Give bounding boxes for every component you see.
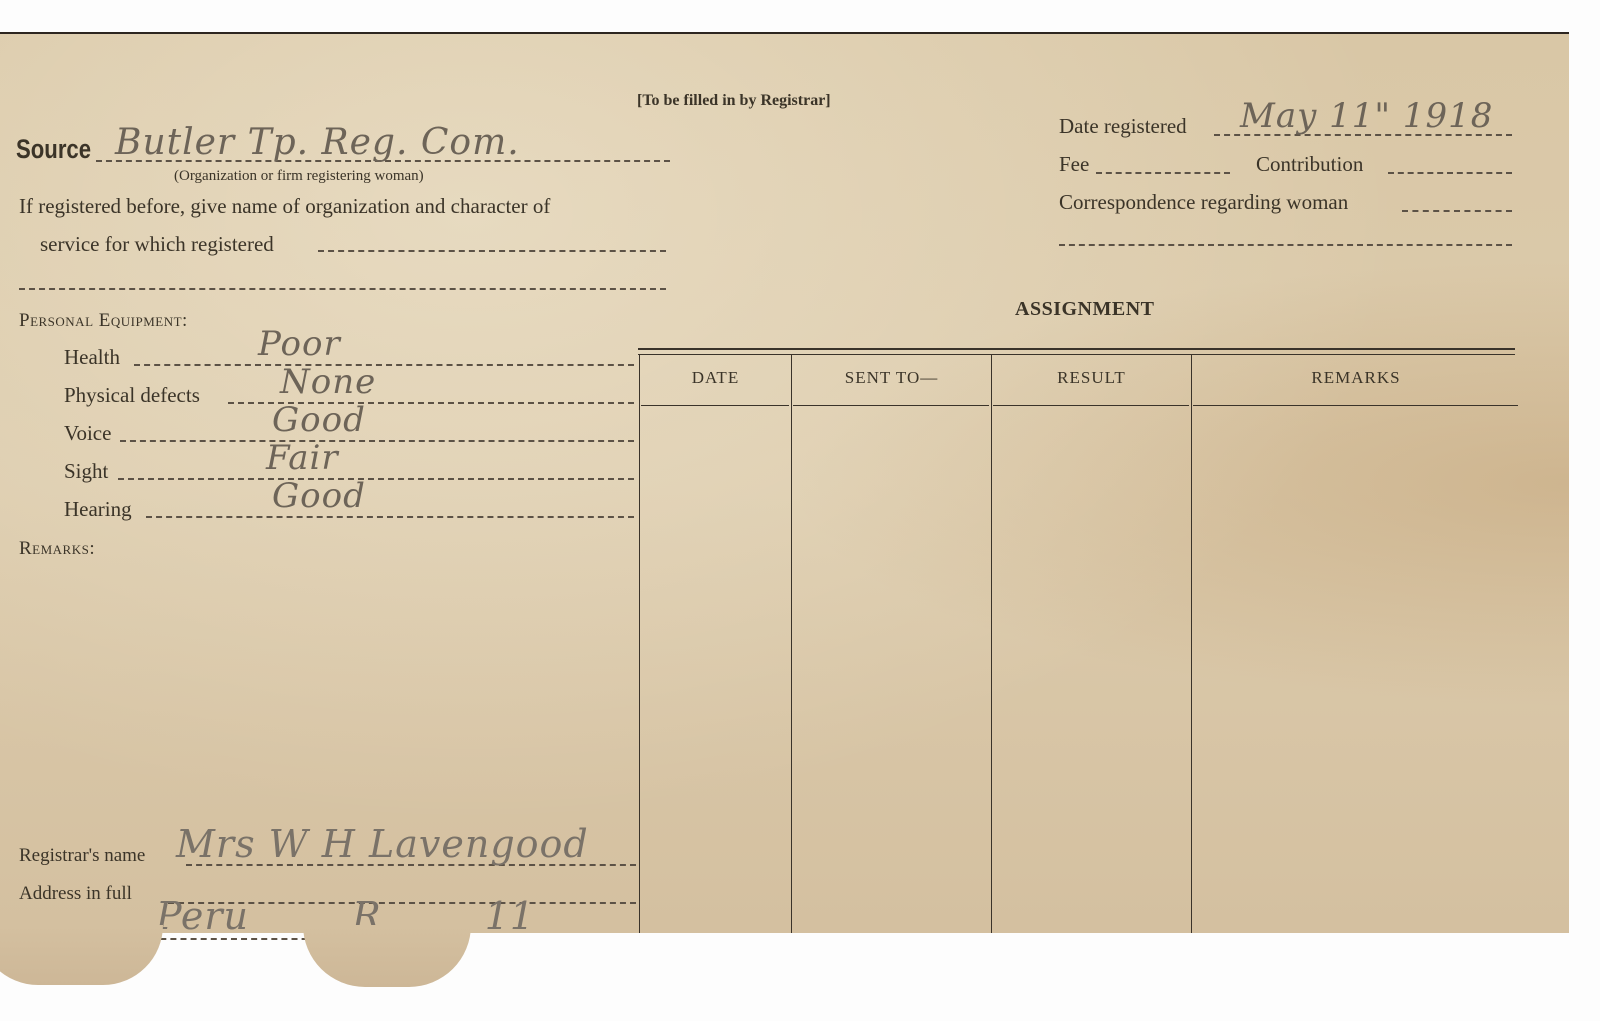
contribution-line[interactable] [1388, 172, 1512, 174]
remarks-area[interactable] [19, 564, 629, 834]
sight-value[interactable]: Fair [266, 438, 339, 478]
physical-defects-label: Physical defects [64, 383, 200, 408]
sent-to-column-cells[interactable] [793, 408, 989, 932]
column-header-sent-to: SENT TO— [792, 368, 991, 388]
table-left-border [639, 354, 640, 933]
sight-line [118, 478, 634, 480]
registered-before-label-line2: service for which registered [40, 232, 274, 257]
column-divider [991, 354, 992, 933]
health-label: Health [64, 345, 120, 370]
header-underline [1193, 405, 1518, 406]
hearing-line [146, 516, 634, 518]
registration-card: [To be filled in by Registrar] Source Bu… [0, 32, 1569, 933]
voice-line [120, 440, 634, 442]
address-label: Address in full [19, 883, 132, 905]
correspondence-line1[interactable] [1402, 210, 1512, 212]
contribution-label: Contribution [1256, 152, 1363, 177]
source-value[interactable]: Butler Tp. Reg. Com. [115, 122, 520, 163]
date-registered-label: Date registered [1059, 114, 1187, 139]
column-divider [1191, 354, 1192, 933]
registered-before-line1[interactable] [318, 250, 666, 252]
assignment-title: ASSIGNMENT [1015, 298, 1154, 321]
column-divider [791, 354, 792, 933]
physical-defects-value[interactable]: None [280, 362, 376, 402]
sight-label: Sight [64, 459, 108, 484]
health-line [134, 364, 634, 366]
card-tab-left [0, 925, 163, 985]
registrar-note: [To be filled in by Registrar] [637, 92, 831, 110]
date-column-cells[interactable] [641, 408, 789, 932]
registrar-name-label: Registrar's name [19, 845, 145, 867]
result-column-cells[interactable] [993, 408, 1189, 932]
remarks-heading: Remarks: [19, 538, 95, 560]
correspondence-line2[interactable] [1059, 244, 1512, 246]
table-top-rule [638, 348, 1515, 350]
date-registered-value[interactable]: May 11" 1918 [1240, 96, 1493, 136]
voice-value[interactable]: Good [272, 400, 366, 440]
correspondence-label: Correspondence regarding woman [1059, 190, 1348, 215]
header-underline [793, 405, 989, 406]
column-header-date: DATE [640, 368, 791, 388]
registrar-name-value[interactable]: Mrs W H Lavengood [176, 822, 589, 866]
health-value[interactable]: Poor [258, 324, 341, 364]
source-label: Source [16, 134, 91, 165]
registered-before-label-line1: If registered before, give name of organ… [19, 194, 550, 219]
header-underline [641, 405, 789, 406]
header-underline [993, 405, 1189, 406]
card-tab-right [303, 925, 471, 987]
column-header-remarks: REMARKS [1192, 368, 1520, 388]
table-top-rule-inner [638, 354, 1515, 355]
source-caption: (Organization or firm registering woman) [174, 168, 424, 185]
personal-equipment-heading: Personal Equipment: [19, 310, 188, 332]
fee-label: Fee [1059, 152, 1089, 177]
fee-line[interactable] [1096, 172, 1230, 174]
registered-before-line2[interactable] [19, 288, 666, 290]
voice-label: Voice [64, 421, 111, 446]
hearing-label: Hearing [64, 497, 132, 522]
column-header-result: RESULT [992, 368, 1191, 388]
hearing-value[interactable]: Good [272, 476, 366, 516]
remarks-column-cells[interactable] [1193, 408, 1518, 932]
